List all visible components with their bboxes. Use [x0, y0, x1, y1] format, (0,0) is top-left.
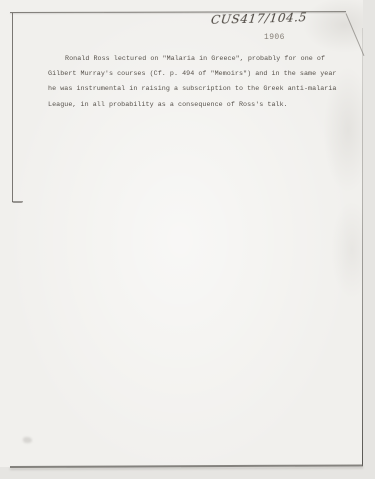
- paragraph-line: Gilbert Murray's courses (Cf. p. 494 of …: [48, 67, 348, 82]
- page-left-edge: [12, 13, 13, 202]
- page-left-edge-foot: [12, 201, 23, 203]
- pencil-smudge: [23, 437, 32, 443]
- paragraph-line: League, in all probability as a conseque…: [48, 98, 348, 113]
- page-right-edge: [362, 28, 363, 466]
- year-stamp: 1906: [264, 33, 285, 42]
- typewritten-paragraph: Ronald Ross lectured on "Malaria in Gree…: [48, 52, 348, 113]
- paragraph-line: he was instrumental in raising a subscri…: [48, 82, 348, 97]
- scan-frame: CUS417/104.5 1906 Ronald Ross lectured o…: [0, 0, 375, 479]
- page-bottom-edge: [10, 464, 363, 468]
- handwritten-reference-annotation: CUS417/104.5: [210, 10, 308, 27]
- paragraph-line: Ronald Ross lectured on "Malaria in Gree…: [48, 52, 348, 67]
